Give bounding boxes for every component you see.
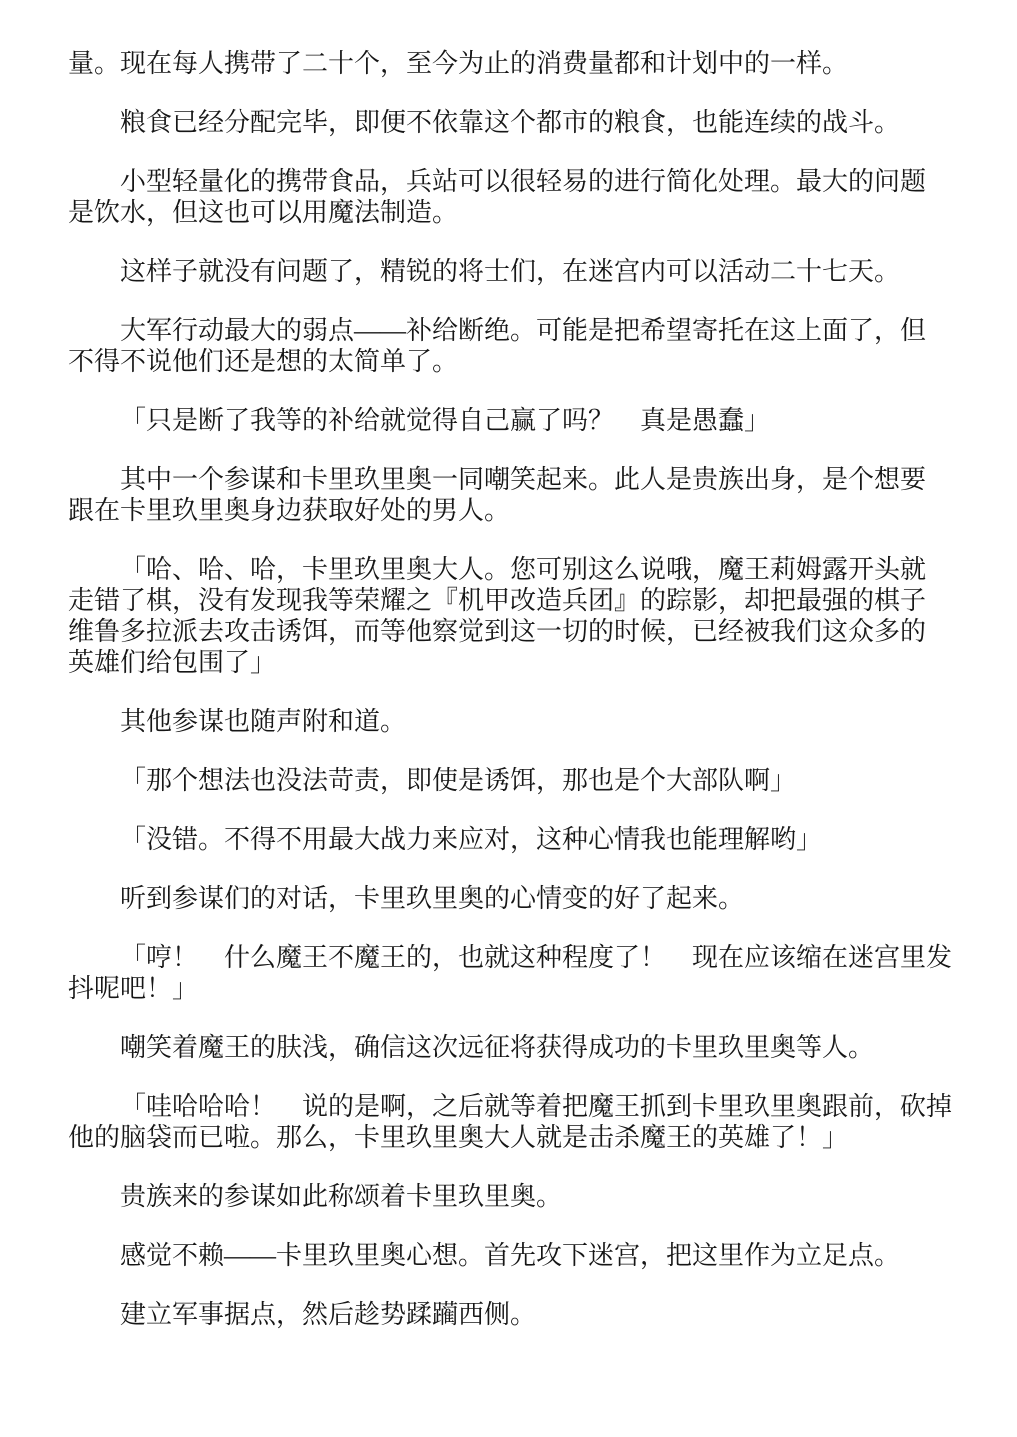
text-line: 抖呢吧！」	[68, 973, 953, 1004]
text-line: 听到参谋们的对话，卡里玖里奥的心情变的好了起来。	[68, 883, 953, 914]
text-line: 「只是断了我等的补给就觉得自己赢了吗？ 真是愚蠢」	[68, 405, 953, 436]
text-line: 「哇哈哈哈！ 说的是啊，之后就等着把魔王抓到卡里玖里奥跟前，砍掉	[68, 1091, 953, 1122]
text-line: 跟在卡里玖里奥身边获取好处的男人。	[68, 495, 953, 526]
text-line: 粮食已经分配完毕，即便不依靠这个都市的粮食，也能连续的战斗。	[68, 107, 953, 138]
paragraph: 粮食已经分配完毕，即便不依靠这个都市的粮食，也能连续的战斗。	[68, 107, 953, 138]
paragraph: 感觉不赖——卡里玖里奥心想。首先攻下迷宫，把这里作为立足点。	[68, 1240, 953, 1271]
paragraph: 嘲笑着魔王的肤浅，确信这次远征将获得成功的卡里玖里奥等人。	[68, 1032, 953, 1063]
paragraph: 量。现在每人携带了二十个，至今为止的消费量都和计划中的一样。	[68, 48, 953, 79]
paragraph: 建立军事据点，然后趁势蹂躏西侧。	[68, 1299, 953, 1330]
paragraph-dialogue: 「没错。不得不用最大战力来应对，这种心情我也能理解哟」	[68, 824, 953, 855]
paragraph-dialogue: 「哼！ 什么魔王不魔王的，也就这种程度了！ 现在应该缩在迷宫里发 抖呢吧！」	[68, 942, 953, 1004]
paragraph-dialogue: 「哈、哈、哈，卡里玖里奥大人。您可别这么说哦，魔王莉姆露开头就 走错了棋，没有发…	[68, 554, 953, 678]
text-line: 维鲁多拉派去攻击诱饵，而等他察觉到这一切的时候，已经被我们这众多的	[68, 616, 953, 647]
text-line: 小型轻量化的携带食品，兵站可以很轻易的进行简化处理。最大的问题	[68, 166, 953, 197]
paragraph: 其他参谋也随声附和道。	[68, 706, 953, 737]
paragraph: 贵族来的参谋如此称颂着卡里玖里奥。	[68, 1181, 953, 1212]
text-line: 不得不说他们还是想的太简单了。	[68, 346, 953, 377]
paragraph: 这样子就没有问题了，精锐的将士们，在迷宫内可以活动二十七天。	[68, 256, 953, 287]
text-line: 其中一个参谋和卡里玖里奥一同嘲笑起来。此人是贵族出身，是个想要	[68, 464, 953, 495]
text-line: 贵族来的参谋如此称颂着卡里玖里奥。	[68, 1181, 953, 1212]
text-line: 「那个想法也没法苛责，即使是诱饵，那也是个大部队啊」	[68, 765, 953, 796]
paragraph-dialogue: 「那个想法也没法苛责，即使是诱饵，那也是个大部队啊」	[68, 765, 953, 796]
text-line: 大军行动最大的弱点——补给断绝。可能是把希望寄托在这上面了，但	[68, 315, 953, 346]
text-line: 建立军事据点，然后趁势蹂躏西侧。	[68, 1299, 953, 1330]
paragraph-dialogue: 「哇哈哈哈！ 说的是啊，之后就等着把魔王抓到卡里玖里奥跟前，砍掉 他的脑袋而已啦…	[68, 1091, 953, 1153]
text-line: 嘲笑着魔王的肤浅，确信这次远征将获得成功的卡里玖里奥等人。	[68, 1032, 953, 1063]
paragraph: 听到参谋们的对话，卡里玖里奥的心情变的好了起来。	[68, 883, 953, 914]
text-line: 他的脑袋而已啦。那么，卡里玖里奥大人就是击杀魔王的英雄了！」	[68, 1122, 953, 1153]
paragraph: 大军行动最大的弱点——补给断绝。可能是把希望寄托在这上面了，但 不得不说他们还是…	[68, 315, 953, 377]
text-line: 是饮水，但这也可以用魔法制造。	[68, 197, 953, 228]
paragraph: 小型轻量化的携带食品，兵站可以很轻易的进行简化处理。最大的问题 是饮水，但这也可…	[68, 166, 953, 228]
text-line: 走错了棋，没有发现我等荣耀之『机甲改造兵团』的踪影，却把最强的棋子	[68, 585, 953, 616]
text-line: 感觉不赖——卡里玖里奥心想。首先攻下迷宫，把这里作为立足点。	[68, 1240, 953, 1271]
document-page: 量。现在每人携带了二十个，至今为止的消费量都和计划中的一样。 粮食已经分配完毕，…	[0, 0, 1017, 1437]
text-line: 量。现在每人携带了二十个，至今为止的消费量都和计划中的一样。	[68, 48, 953, 79]
paragraph: 其中一个参谋和卡里玖里奥一同嘲笑起来。此人是贵族出身，是个想要 跟在卡里玖里奥身…	[68, 464, 953, 526]
text-line: 「没错。不得不用最大战力来应对，这种心情我也能理解哟」	[68, 824, 953, 855]
text-line: 「哈、哈、哈，卡里玖里奥大人。您可别这么说哦，魔王莉姆露开头就	[68, 554, 953, 585]
text-line: 「哼！ 什么魔王不魔王的，也就这种程度了！ 现在应该缩在迷宫里发	[68, 942, 953, 973]
text-line: 其他参谋也随声附和道。	[68, 706, 953, 737]
text-line: 英雄们给包围了」	[68, 647, 953, 678]
paragraph-dialogue: 「只是断了我等的补给就觉得自己赢了吗？ 真是愚蠢」	[68, 405, 953, 436]
text-line: 这样子就没有问题了，精锐的将士们，在迷宫内可以活动二十七天。	[68, 256, 953, 287]
